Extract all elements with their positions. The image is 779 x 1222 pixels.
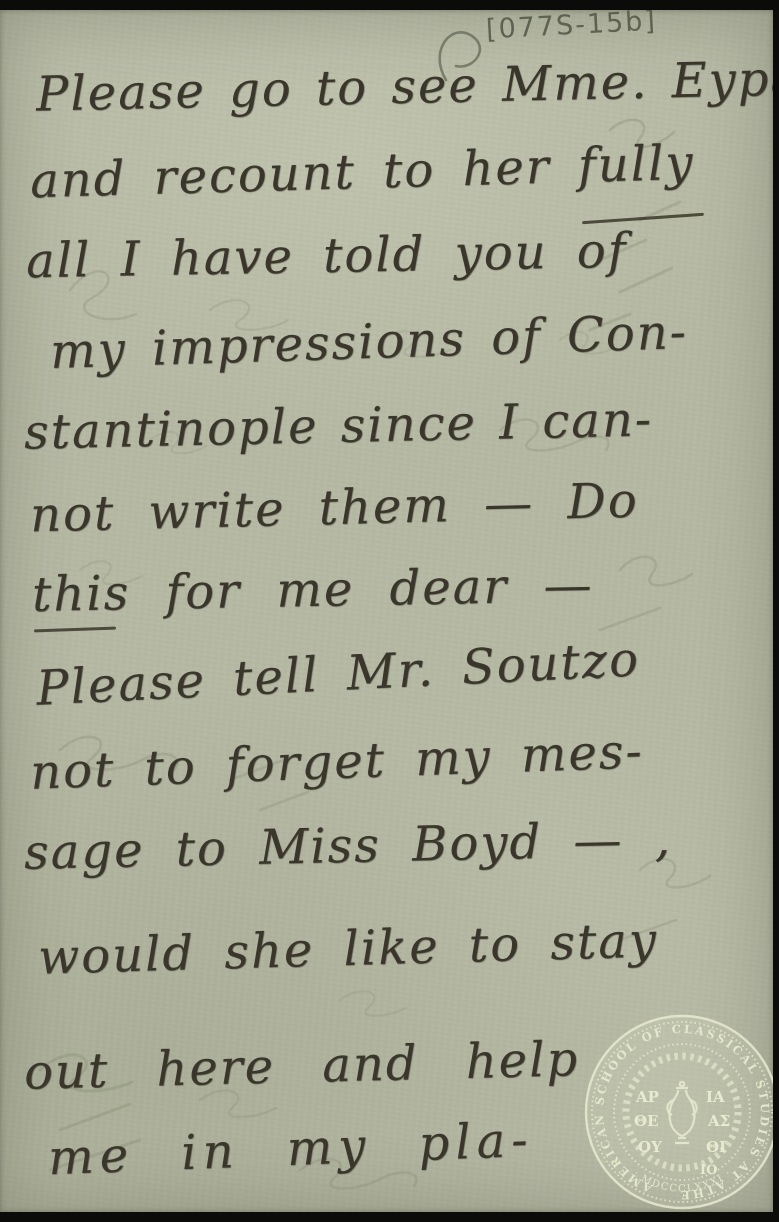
seal-greek-ia: ΙΑ [706, 1088, 725, 1106]
handwritten-line-5: stantinople since I can- [24, 395, 654, 456]
handwritten-line-3: all I have told you of [26, 227, 628, 285]
handwritten-line-7: this for me dear — [32, 561, 594, 619]
seal-greek-as: ΑΣ [707, 1112, 730, 1130]
seal-greek-the: ΘΕ [634, 1112, 659, 1130]
handwritten-line-10: sage to Miss Boyd — , [24, 815, 673, 877]
handwritten-line-12: out here and help [23, 1035, 579, 1097]
handwritten-line-6: not write them — Do [30, 477, 640, 540]
seal-greek-ar: ΑΡ [635, 1088, 659, 1106]
seal-greek-ou: ΟΥ [638, 1138, 662, 1156]
letter-paper: AMERICAN SCHOOL OF CLASSICAL STUDIES AT … [0, 10, 773, 1212]
scanned-letter-page: AMERICAN SCHOOL OF CLASSICAL STUDIES AT … [0, 0, 779, 1222]
classical-studies-seal: AMERICAN SCHOOL OF CLASSICAL STUDIES AT … [582, 1012, 773, 1212]
seal-greek-thi: ΘΙ [706, 1138, 726, 1156]
seal-greek-io: ΙΟ [700, 1163, 717, 1178]
